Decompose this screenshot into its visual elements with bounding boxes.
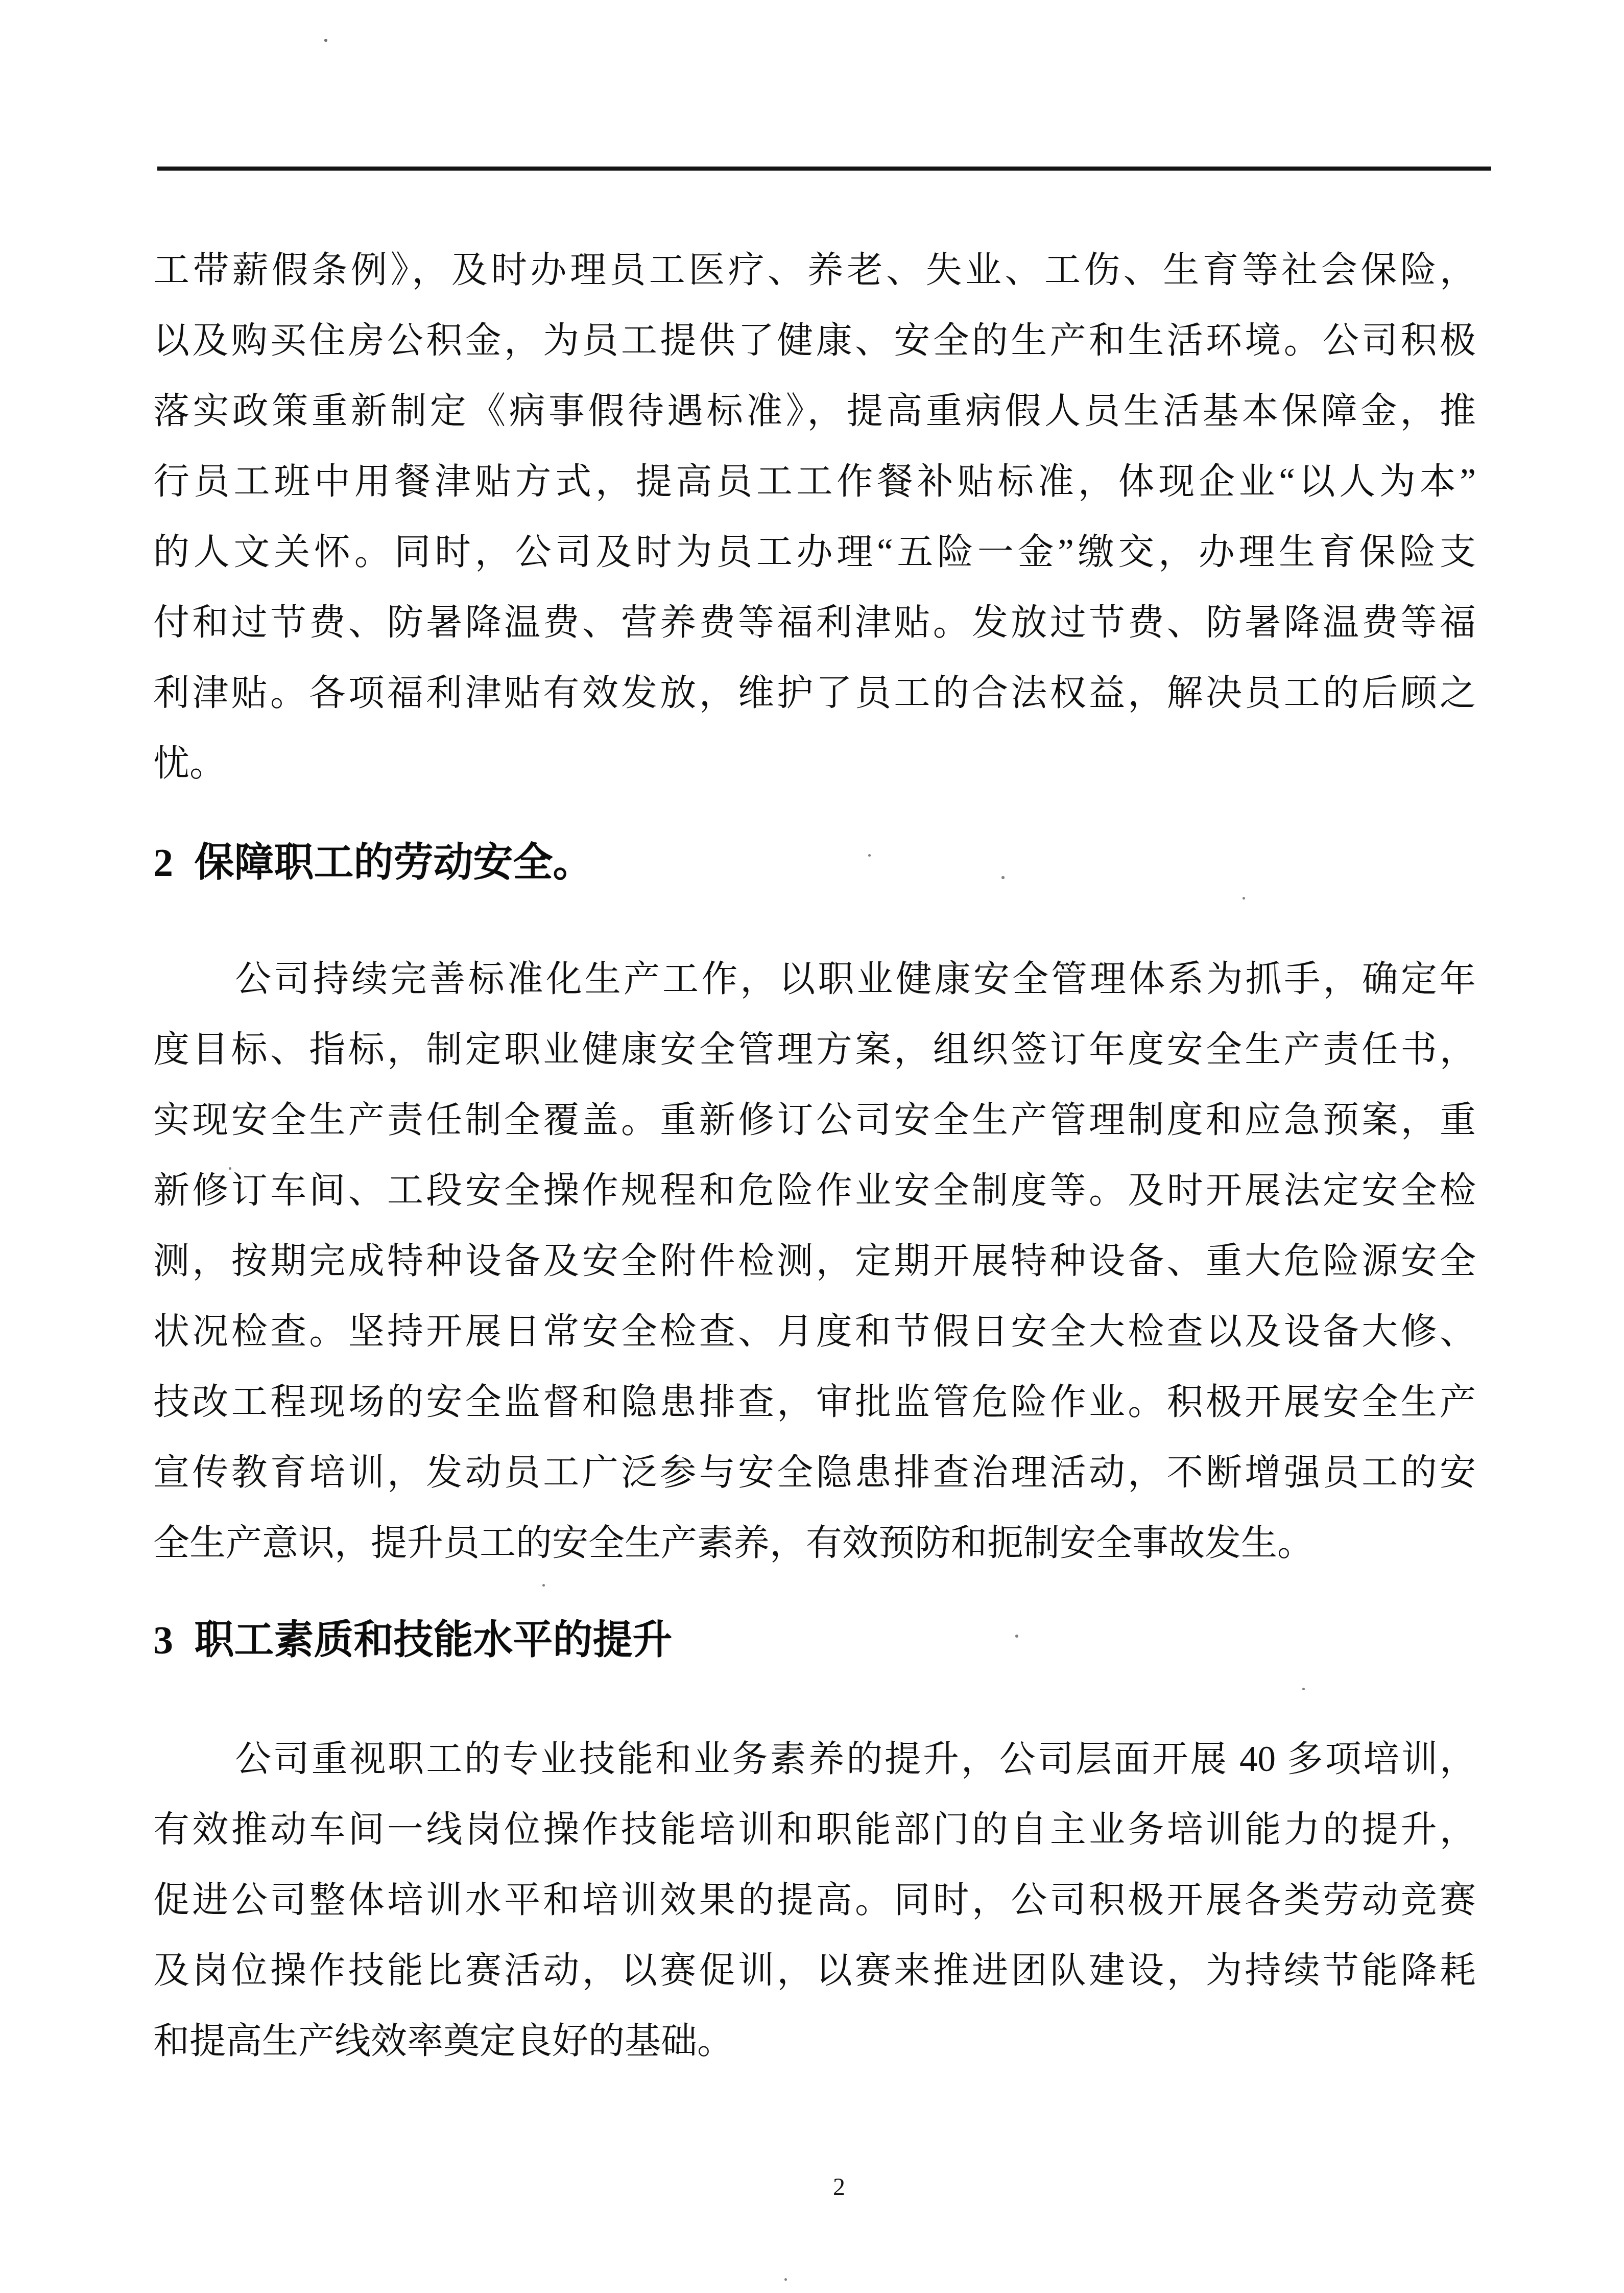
text-line: 以及购买住房公积金，为员工提供了健康、安全的生产和生活环境。公司积极: [153, 305, 1476, 376]
text-line: 忧。: [153, 728, 1476, 799]
text-line: 公司持续完善标准化生产工作，以职业健康安全管理体系为抓手，确定年: [153, 944, 1476, 1014]
scan-speck: [229, 1167, 231, 1170]
text-line: 测，按期完成特种设备及安全附件检测，定期开展特种设备、重大危险源安全: [153, 1226, 1476, 1296]
page-number: 2: [0, 2172, 1624, 2203]
section-heading-2: 2 保障职工的劳动安全。: [153, 828, 1476, 898]
text-line: 公司重视职工的专业技能和业务素养的提升，公司层面开展 40 多项培训，: [153, 1724, 1476, 1794]
text-line: 全生产意识，提升员工的安全生产素养，有效预防和扼制安全事故发生。: [153, 1508, 1476, 1578]
paragraph-3: 公司重视职工的专业技能和业务素养的提升，公司层面开展 40 多项培训， 有效推动…: [153, 1724, 1476, 2076]
text-line: 有效推动车间一线岗位操作技能培训和职能部门的自主业务培训能力的提升，: [153, 1794, 1476, 1865]
text-line: 促进公司整体培训水平和培训效果的提高。同时，公司积极开展各类劳动竞赛: [153, 1865, 1476, 1935]
scan-speck: [1015, 1635, 1018, 1638]
section-heading-3: 3 职工素质和技能水平的提升: [153, 1605, 1476, 1675]
text-line: 利津贴。各项福利津贴有效发放，维护了员工的合法权益，解决员工的后顾之: [153, 658, 1476, 728]
scan-speck: [868, 854, 871, 857]
scan-speck: [784, 2278, 787, 2281]
scan-speck: [1243, 897, 1245, 900]
text-line: 行员工班中用餐津贴方式，提高员工工作餐补贴标准，体现企业“以人为本”: [153, 446, 1476, 517]
header-rule: [157, 167, 1491, 171]
text-line: 技改工程现场的安全监督和隐患排查，审批监管危险作业。积极开展安全生产: [153, 1367, 1476, 1437]
text-line: 的人文关怀。同时，公司及时为员工办理“五险一金”缴交，办理生育保险支: [153, 517, 1476, 587]
paragraph-2: 公司持续完善标准化生产工作，以职业健康安全管理体系为抓手，确定年 度目标、指标，…: [153, 944, 1476, 1578]
text-line: 状况检查。坚持开展日常安全检查、月度和节假日安全大检查以及设备大修、: [153, 1296, 1476, 1367]
text-line: 实现安全生产责任制全覆盖。重新修订公司安全生产管理制度和应急预案，重: [153, 1085, 1476, 1155]
text-line: 度目标、指标，制定职业健康安全管理方案，组织签订年度安全生产责任书，: [153, 1014, 1476, 1085]
document-page: 工带薪假条例》，及时办理员工医疗、养老、失业、工伤、生育等社会保险， 以及购买住…: [0, 0, 1624, 2293]
scan-speck: [1001, 876, 1005, 879]
scan-speck: [324, 39, 327, 42]
text-line: 付和过节费、防暑降温费、营养费等福利津贴。发放过节费、防暑降温费等福: [153, 587, 1476, 658]
scan-speck: [1029, 1772, 1031, 1775]
text-line: 落实政策重新制定《病事假待遇标准》，提高重病假人员生活基本保障金，推: [153, 376, 1476, 446]
paragraph-1: 工带薪假条例》，及时办理员工医疗、养老、失业、工伤、生育等社会保险， 以及购买住…: [153, 235, 1476, 799]
text-line: 工带薪假条例》，及时办理员工医疗、养老、失业、工伤、生育等社会保险，: [153, 235, 1476, 305]
scan-speck: [542, 1584, 545, 1587]
text-line: 宣传教育培训，发动员工广泛参与安全隐患排查治理活动，不断增强员工的安: [153, 1437, 1476, 1508]
text-line: 及岗位操作技能比赛活动，以赛促训，以赛来推进团队建设，为持续节能降耗: [153, 1935, 1476, 2006]
text-line: 和提高生产线效率奠定良好的基础。: [153, 2006, 1476, 2076]
scan-speck: [1302, 1688, 1305, 1690]
text-line: 新修订车间、工段安全操作规程和危险作业安全制度等。及时开展法定安全检: [153, 1155, 1476, 1226]
